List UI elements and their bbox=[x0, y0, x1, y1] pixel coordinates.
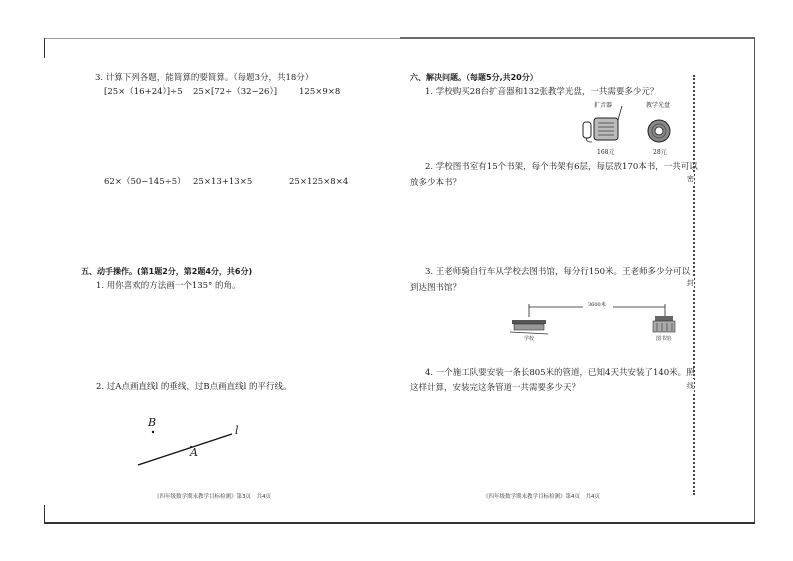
distance-label: 3600米 bbox=[588, 301, 606, 309]
section6-q4-line1: 4. 一个施工队要安装一条长805米的管道，已知4天共安装了140米。照 bbox=[425, 367, 695, 379]
seal-mark-3: 线 bbox=[687, 379, 694, 393]
seal-mark-1: 密 bbox=[687, 172, 694, 186]
right-footer: 《四年级数学期末教学目标检测》第4页 共4页 bbox=[483, 491, 600, 503]
section6-q4-line2: 这样计算，安装完这条管道一共需要多少天？ bbox=[410, 382, 580, 394]
school-icon bbox=[510, 320, 548, 334]
library-icon bbox=[653, 316, 675, 332]
school-label: 学校 bbox=[524, 335, 534, 343]
distance-figure bbox=[0, 0, 793, 561]
library-label: 图书馆 bbox=[656, 335, 671, 343]
seal-mark-2: 封 bbox=[687, 276, 694, 290]
